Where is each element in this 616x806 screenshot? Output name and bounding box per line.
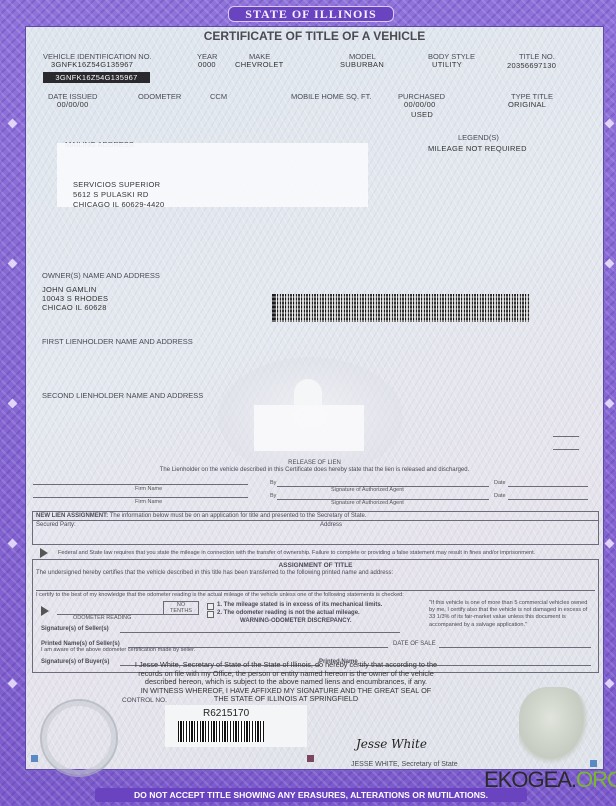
control-barcode [178, 721, 264, 742]
purchased-condition: USED [411, 110, 433, 119]
buyer-aware-text: I am aware of the above odometer certifi… [41, 647, 195, 654]
watermark-text: ORG [576, 767, 616, 792]
new-lien-box: NEW LIEN ASSIGNMENT: The information bel… [32, 511, 599, 545]
border-ornament-icon [8, 539, 18, 549]
arrow-icon [41, 606, 49, 616]
alteration-warning-banner: DO NOT ACCEPT TITLE SHOWING ANY ERASURES… [95, 788, 527, 802]
border-ornament-icon [8, 679, 18, 689]
date-of-sale-label: DATE OF SALE [393, 640, 436, 649]
odometer-label: ODOMETER [138, 92, 181, 101]
release-title: RELEASE OF LIEN [26, 460, 603, 467]
color-mark-maroon [307, 755, 314, 762]
border-ornament-icon [605, 259, 615, 269]
arrow-icon [40, 548, 48, 558]
by-label: By [270, 480, 276, 487]
type-title-value: ORIGINAL [508, 100, 546, 109]
mailing-line: CHICAGO IL 60629-4420 [73, 200, 164, 209]
border-ornament-icon [8, 259, 18, 269]
no-tenths-box: NO TENTHS [163, 601, 199, 615]
purchased-value: 00/00/00 [404, 100, 436, 109]
firm-name-label: Firm Name [135, 499, 162, 506]
first-lienholder-label: FIRST LIENHOLDER NAME AND ADDRESS [42, 337, 193, 346]
color-mark-blue [31, 755, 38, 762]
divider [33, 520, 598, 521]
commercial-vehicle-note: "If this vehicle is one of more than 5 c… [429, 600, 589, 629]
date-of-sale-line[interactable] [439, 647, 591, 648]
model-value: SUBURBAN [340, 60, 384, 69]
assignment-box: ASSIGNMENT OF TITLE The undersigned here… [32, 559, 599, 673]
date-line[interactable] [508, 499, 588, 500]
owner-line: JOHN GAMLIN [42, 285, 97, 294]
border-ornament-icon [605, 679, 615, 689]
mailing-line: 5612 S PULASKI RD [73, 190, 149, 199]
border-ornament-icon [8, 399, 18, 409]
page-title: CERTIFICATE OF TITLE OF A VEHICLE [26, 29, 603, 43]
firm-name-line[interactable] [33, 484, 248, 485]
capitol-building [254, 405, 364, 451]
legend-value: MILEAGE NOT REQUIRED [428, 144, 527, 153]
date-label: Date [494, 493, 506, 500]
color-mark-blue [590, 760, 597, 767]
pdf417-barcode [272, 294, 530, 322]
firm-name-line[interactable] [33, 497, 248, 498]
seller-signature-line[interactable] [120, 632, 400, 633]
new-lien-text: The information below must be on an appl… [110, 513, 367, 519]
portrait-watermark-icon [519, 687, 589, 765]
capitol-watermark-icon [218, 357, 403, 477]
date-issued-value: 00/00/00 [57, 100, 89, 109]
control-no-label: CONTROL NO. [122, 696, 167, 705]
border-ornament-icon [605, 539, 615, 549]
secretary-signature: Jesse White [356, 737, 427, 751]
owner-line: CHICAO IL 60628 [42, 303, 107, 312]
state-banner: STATE OF ILLINOIS [228, 6, 394, 22]
assignment-intro: The undersigned hereby certifies that th… [36, 569, 393, 577]
not-actual-mileage-checkbox[interactable] [207, 611, 214, 618]
watermark-text: EKOGEA. [484, 767, 576, 792]
control-number: R6215170 [203, 708, 249, 720]
signature-label: Signature of Authorized Agent [331, 500, 404, 507]
date-label: Date [494, 480, 506, 487]
year-value: 0000 [198, 60, 216, 69]
secured-party-label: Secured Party: [36, 521, 76, 529]
watermark-logo: EKOGEA.ORG [484, 768, 616, 792]
by-label: By [270, 493, 276, 500]
mailing-line: SERVICIOS SUPERIOR [73, 180, 160, 189]
title-no-label: TITLE NO. [519, 52, 555, 61]
title-no-value: 20356697130 [507, 61, 556, 70]
mileage-notice: Federal and State law requires that you … [58, 550, 535, 557]
second-lienholder-label: SECOND LIENHOLDER NAME AND ADDRESS [42, 391, 203, 400]
owner-label: OWNER(S) NAME AND ADDRESS [42, 271, 160, 280]
owner-line: 10043 S RHODES [42, 294, 108, 303]
great-seal-icon [40, 699, 118, 777]
border-ornament-icon [8, 119, 18, 129]
release-text: The Lienholder on the vehicle described … [26, 467, 603, 474]
mobile-home-label: MOBILE HOME SQ. FT. [291, 92, 371, 101]
odometer-certify-text: I certify to the best of my knowledge th… [36, 592, 404, 599]
statement-2: 2. The odometer reading is not the actua… [217, 609, 360, 617]
vin-highlight: 3GNFK16Z54G135967 [43, 72, 150, 83]
divider [553, 449, 579, 450]
border-ornament-icon [605, 399, 615, 409]
statement-1: 1. The mileage stated is in excess of it… [217, 601, 382, 609]
address-label: Address [320, 521, 342, 529]
body-style-value: UTILITY [432, 60, 462, 69]
legend-label: LEGEND(S) [458, 133, 499, 142]
make-value: CHEVROLET [235, 60, 284, 69]
divider [553, 436, 579, 437]
divider [36, 590, 595, 591]
secretary-name: JESSE WHITE, Secretary of State [351, 760, 458, 769]
mailing-address-window: SERVICIOS SUPERIOR 5612 S PULASKI RD CHI… [57, 143, 368, 207]
firm-name-label: Firm Name [135, 486, 162, 493]
date-line[interactable] [508, 486, 588, 487]
odometer-reading-label: ODOMETER READING [73, 615, 131, 622]
signature-label: Signature of Authorized Agent [331, 487, 404, 494]
ccm-label: CCM [210, 92, 227, 101]
new-lien-heading: NEW LIEN ASSIGNMENT: [36, 513, 108, 519]
odometer-warning: WARNING-ODOMETER DISCREPANCY. [240, 617, 352, 625]
seller-signature-label: Signature(s) of Seller(s) [41, 625, 109, 634]
title-certificate: CERTIFICATE OF TITLE OF A VEHICLE VEHICL… [25, 26, 604, 770]
vin-value: 3GNFK16Z54G135967 [51, 60, 133, 69]
excess-limits-checkbox[interactable] [207, 603, 214, 610]
border-ornament-icon [605, 119, 615, 129]
capitol-dome [294, 379, 322, 405]
